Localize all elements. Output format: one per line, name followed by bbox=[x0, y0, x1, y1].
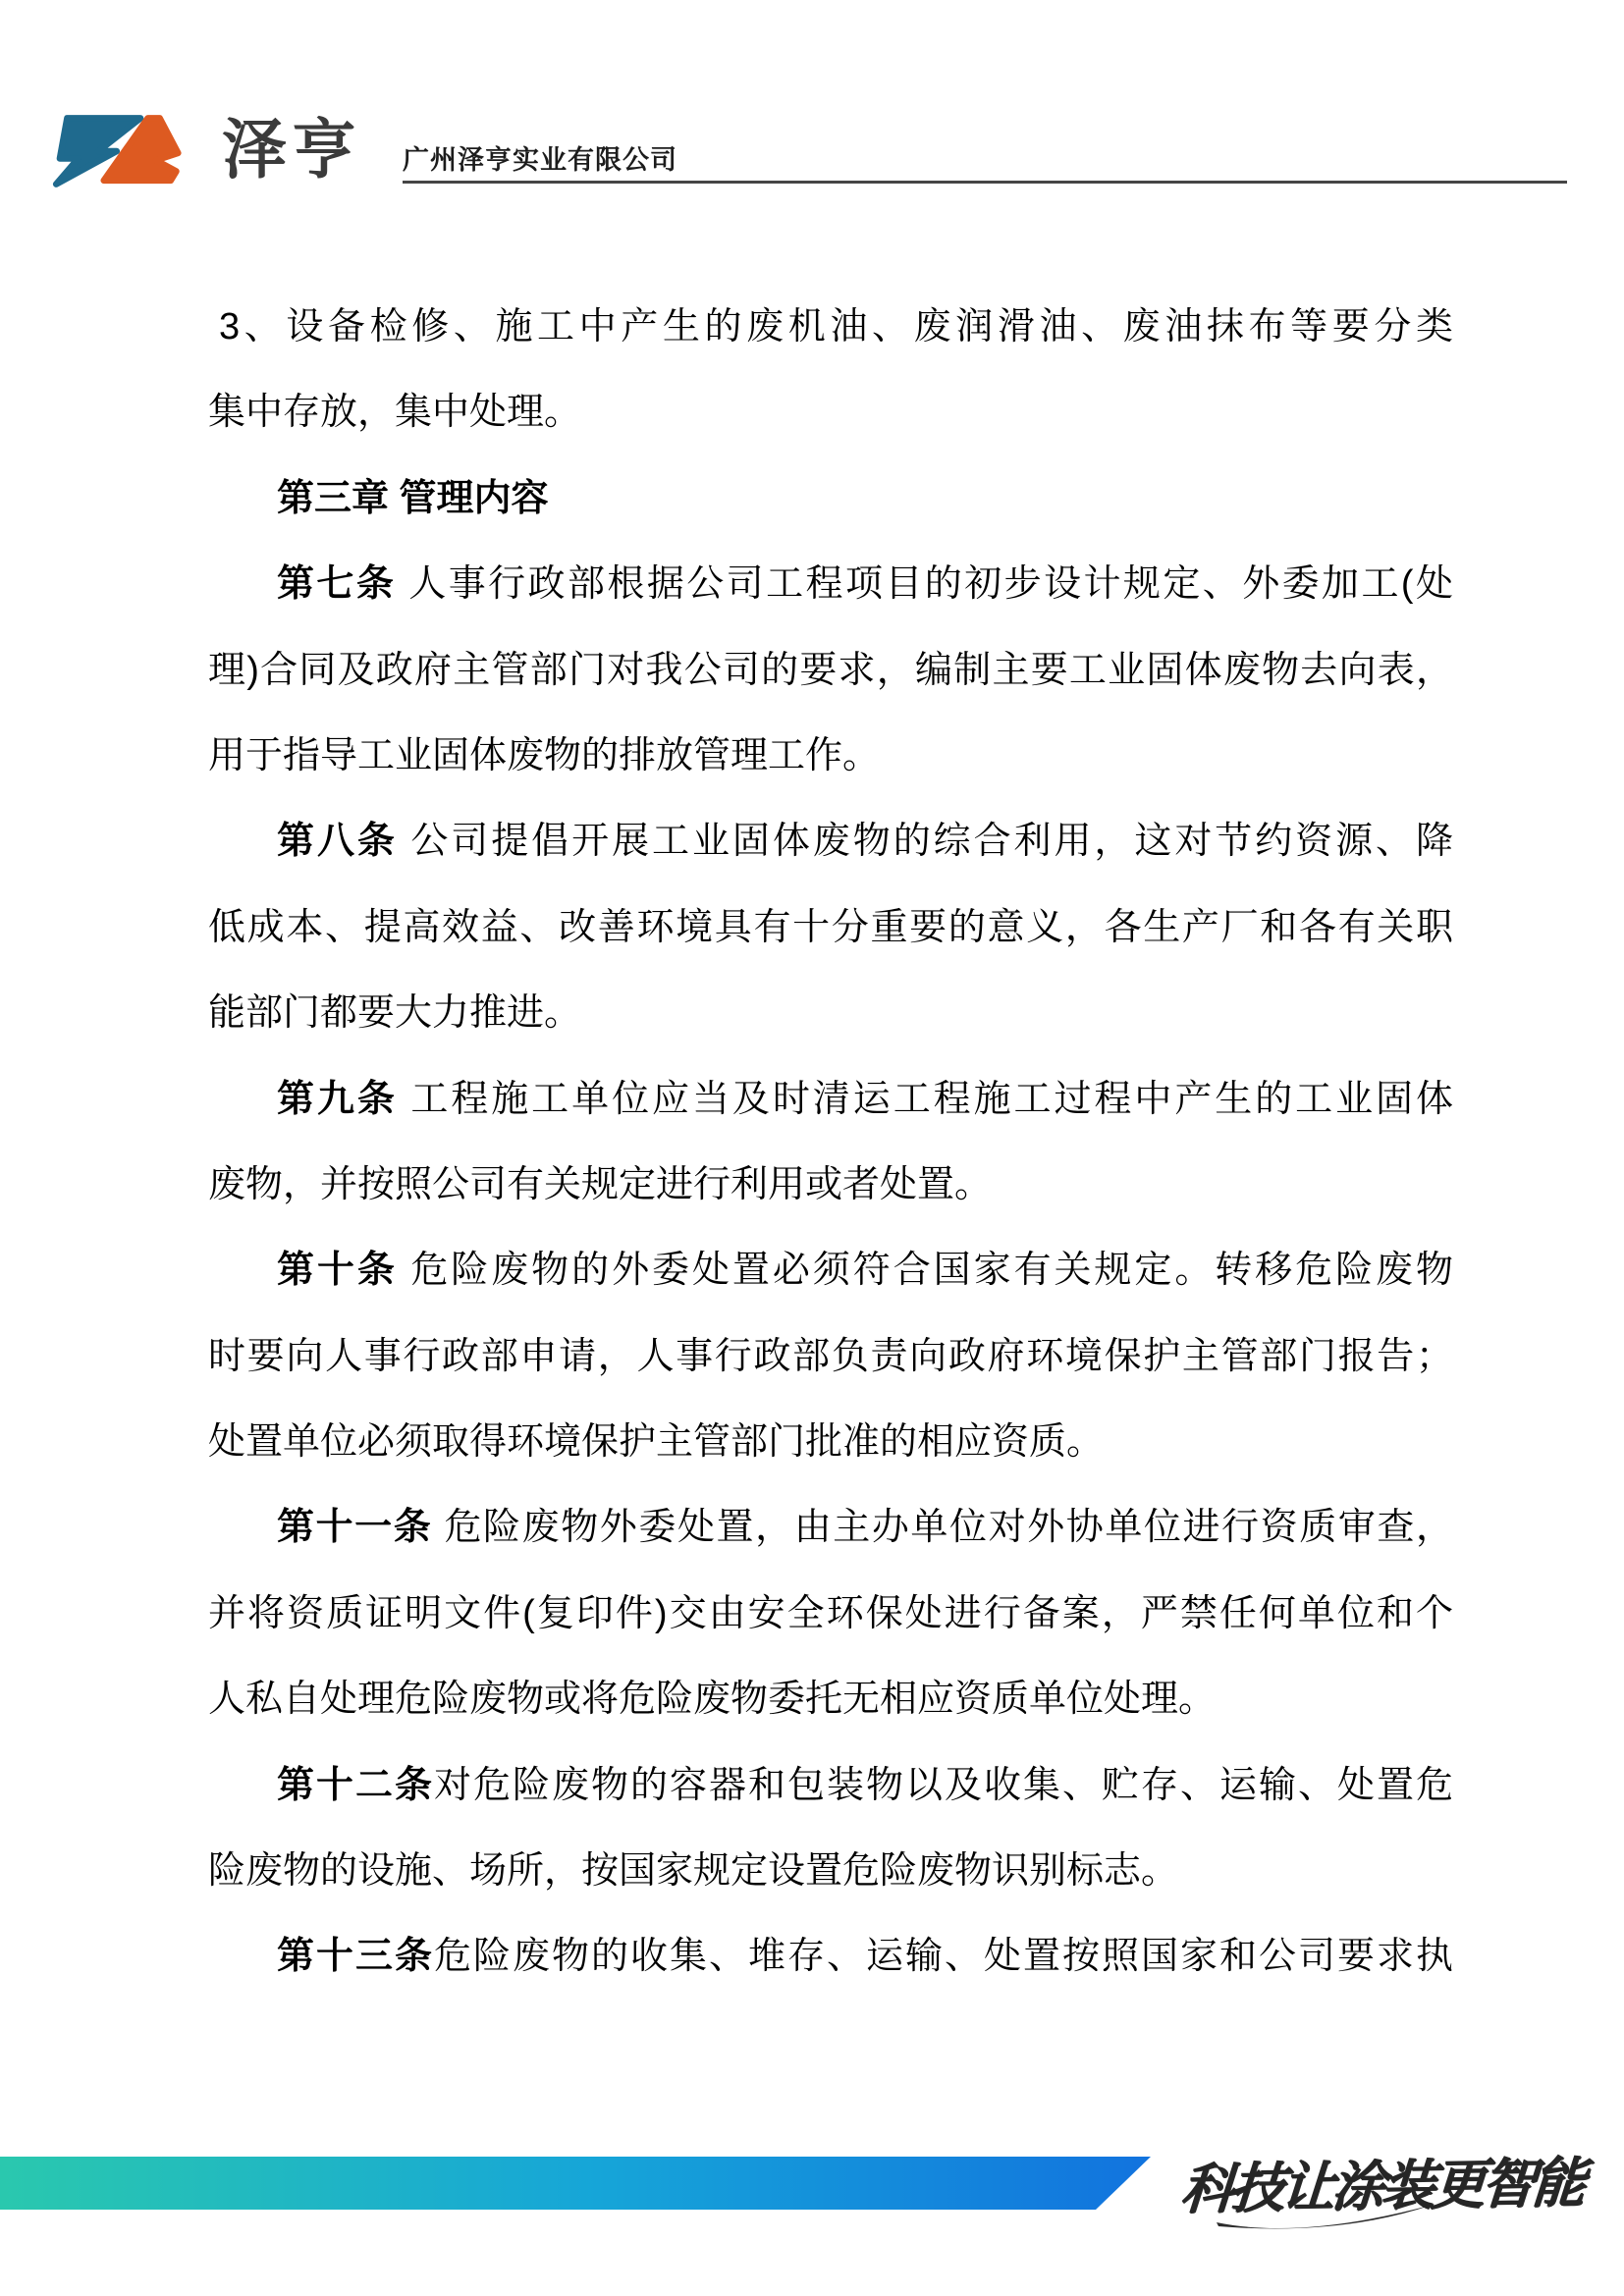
text-line: 低成本、提高效益、改善环境具有十分重要的意义，各生产厂和各有关职 bbox=[208, 885, 1453, 971]
brush-swoosh-icon bbox=[1211, 2195, 1438, 2240]
text-line: 能部门都要大力推进。 bbox=[208, 971, 1453, 1056]
text-line: 集中存放，集中处理。 bbox=[208, 370, 1453, 455]
text-line: 用于指导工业固体废物的排放管理工作。 bbox=[208, 714, 1453, 799]
text-line: 第十一条 危险废物外委处置，由主办单位对外协单位进行资质审查， bbox=[208, 1485, 1453, 1571]
text-line: 第十条 危险废物的外委处置必须符合国家有关规定。转移危险废物 bbox=[208, 1228, 1453, 1313]
text-line: 人私自处理危险废物或将危险废物委托无相应资质单位处理。 bbox=[208, 1657, 1453, 1742]
text-line: 第十二条对危险废物的容器和包装物以及收集、贮存、运输、处置危 bbox=[208, 1743, 1453, 1829]
text-line: 第八条 公司提倡开展工业固体废物的综合利用，这对节约资源、降 bbox=[208, 799, 1453, 884]
document-page: 泽亨 广州泽亨实业有限公司 3、设备检修、施工中产生的废机油、废润滑油、废油抹布… bbox=[0, 0, 1624, 2296]
text-line: 第十三条危险废物的收集、堆存、运输、处置按照国家和公司要求执 bbox=[208, 1914, 1453, 2000]
footer-gradient-bar bbox=[0, 2157, 1151, 2210]
text-line: 时要向人事行政部申请，人事行政部负责向政府环境保护主管部门报告； bbox=[208, 1314, 1453, 1400]
text-line: 理)合同及政府主管部门对我公司的要求，编制主要工业固体废物去向表， bbox=[208, 628, 1453, 714]
document-body: 3、设备检修、施工中产生的废机油、废润滑油、废油抹布等要分类 集中存放，集中处理… bbox=[208, 285, 1453, 2001]
text-line: 第七条 人事行政部根据公司工程项目的初步设计规定、外委加工(处 bbox=[208, 542, 1453, 627]
text-line: 并将资质证明文件(复印件)交由安全环保处进行备案，严禁任何单位和个 bbox=[208, 1572, 1453, 1657]
text-line: 3、设备检修、施工中产生的废机油、废润滑油、废油抹布等要分类 bbox=[208, 285, 1453, 370]
text-line: 险废物的设施、场所，按国家规定设置危险废物识别标志。 bbox=[208, 1829, 1453, 1914]
text-line: 废物，并按照公司有关规定进行利用或者处置。 bbox=[208, 1143, 1453, 1228]
chapter-heading: 第三章 管理内容 bbox=[208, 456, 1453, 542]
text-line: 处置单位必须取得环境保护主管部门批准的相应资质。 bbox=[208, 1400, 1453, 1485]
logo-wordmark: 泽亨 bbox=[222, 110, 361, 188]
company-name: 广州泽亨实业有限公司 bbox=[403, 143, 677, 177]
text-line: 第九条 工程施工单位应当及时清运工程施工过程中产生的工业固体 bbox=[208, 1057, 1453, 1143]
company-logo-icon bbox=[45, 112, 183, 190]
header-divider bbox=[403, 181, 1567, 184]
